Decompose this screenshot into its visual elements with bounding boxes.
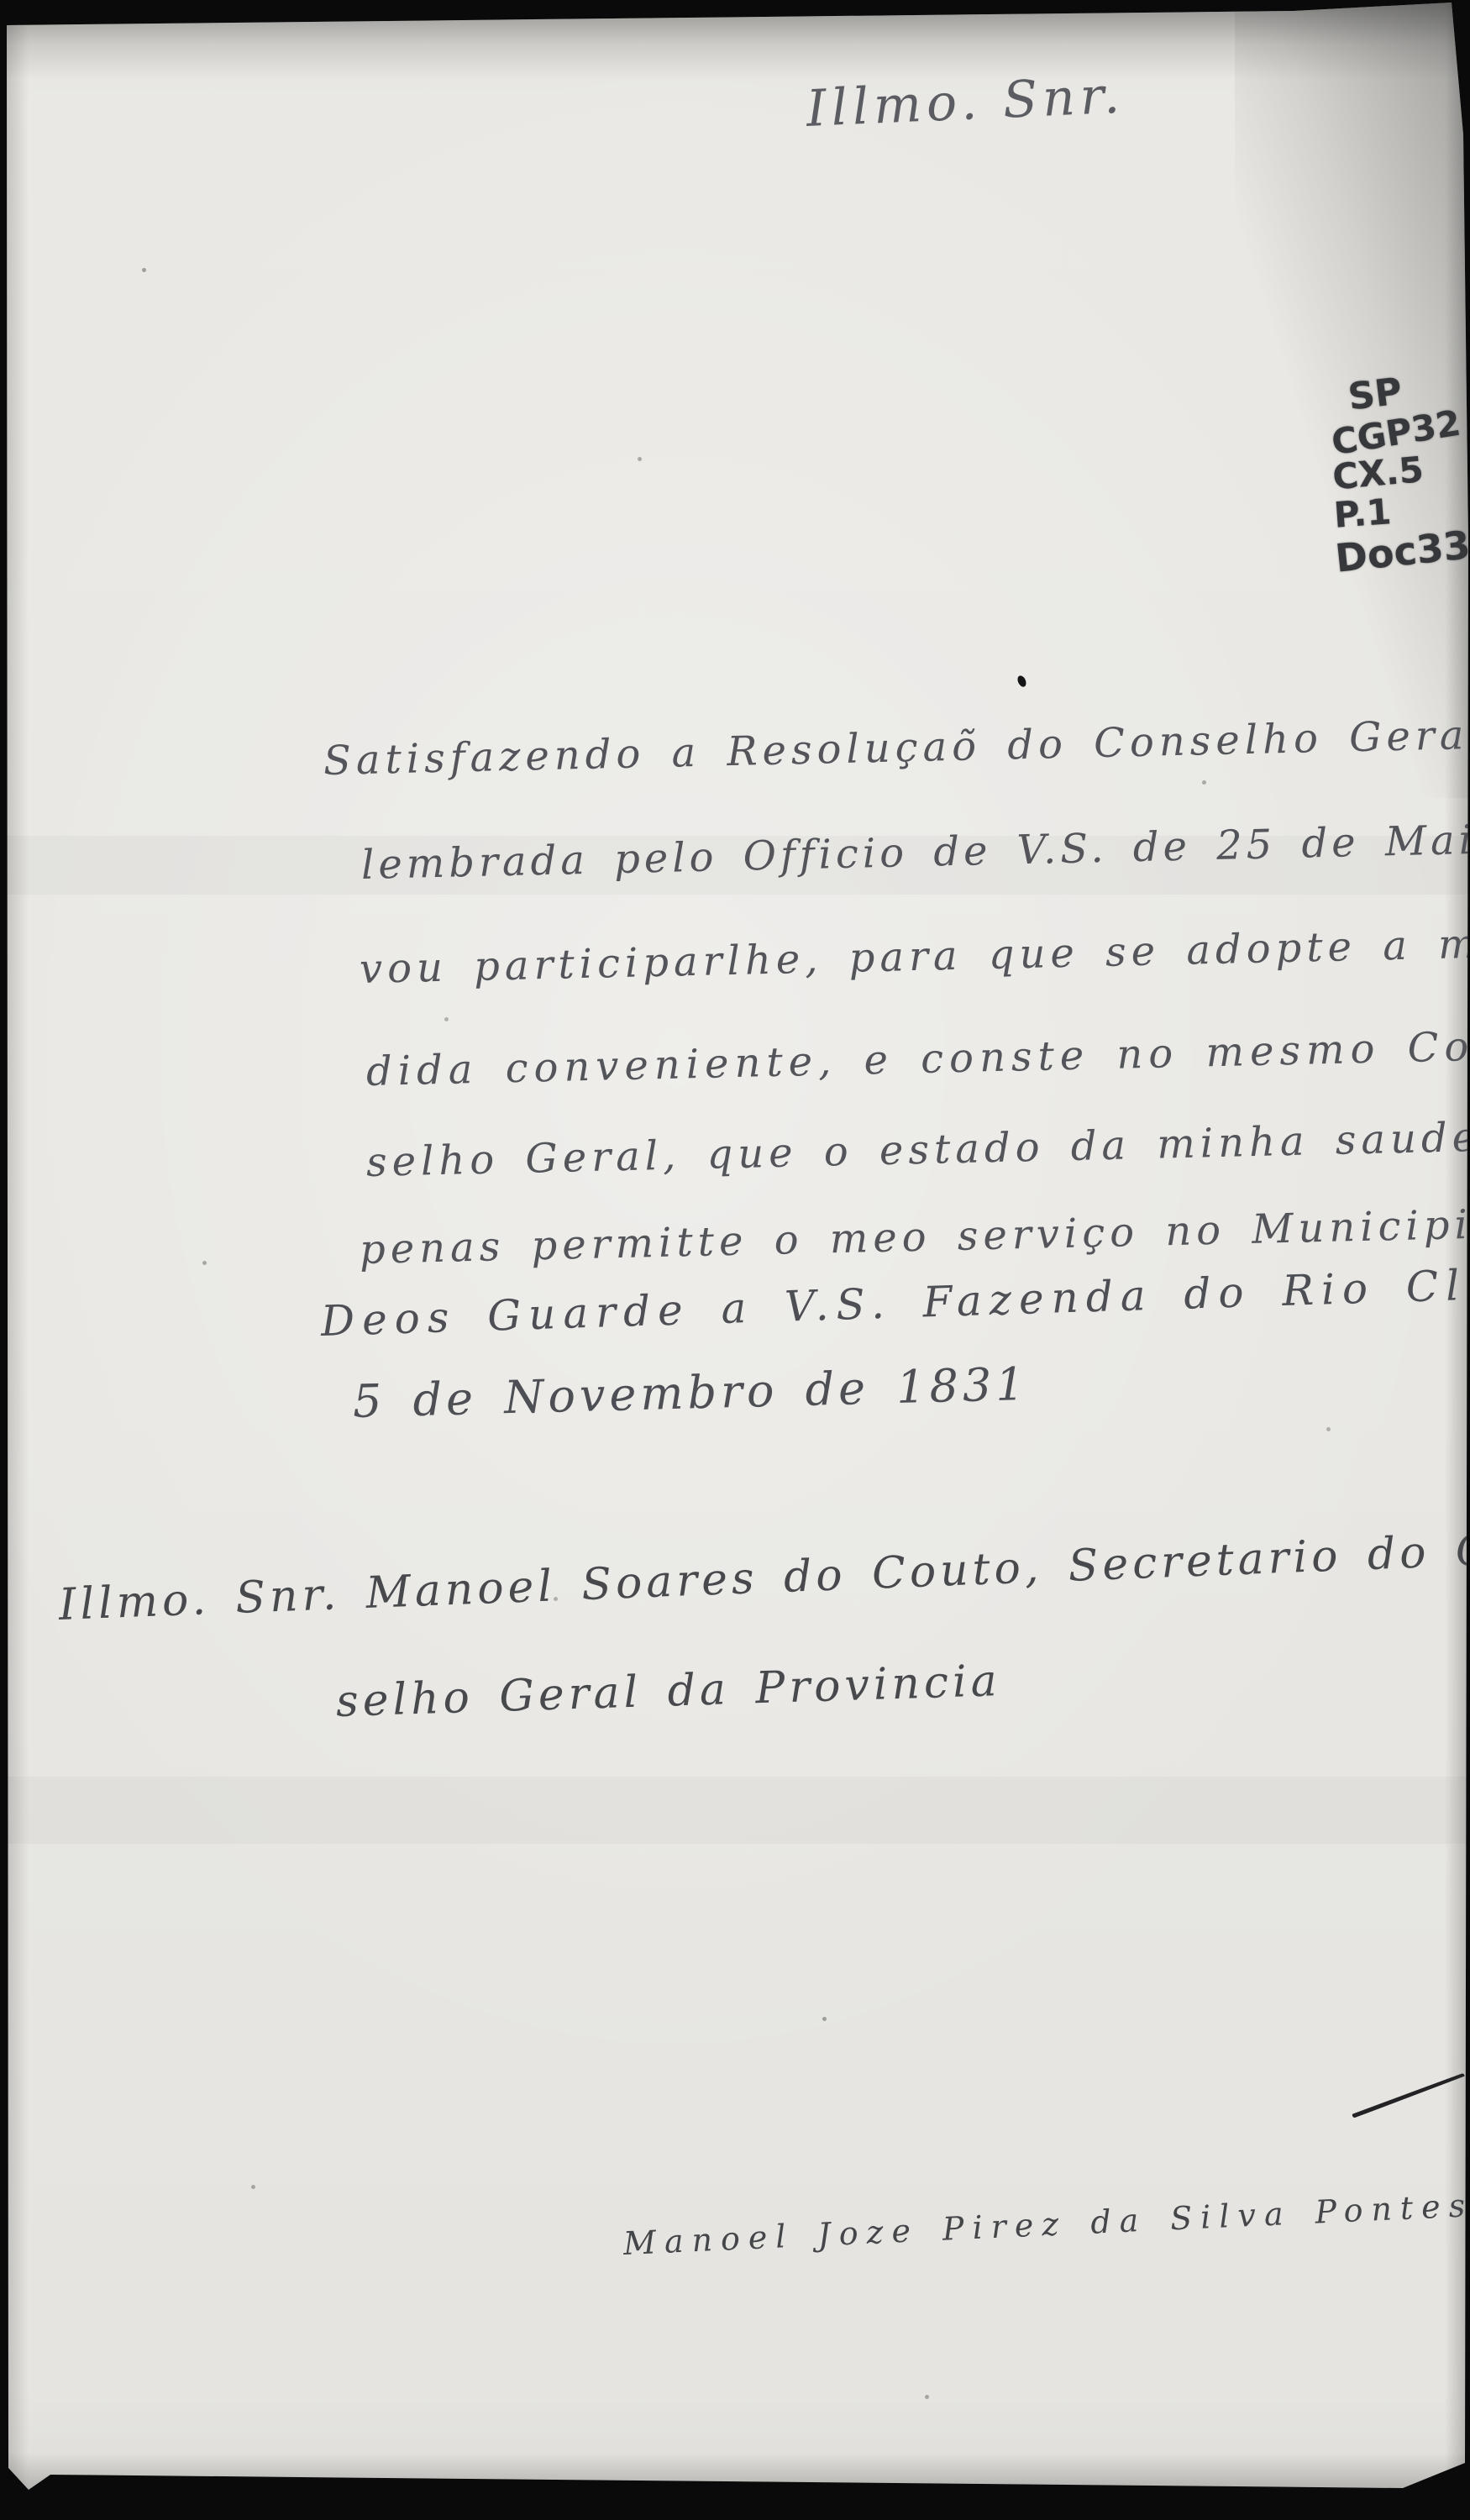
body-line: dida conveniente, e conste no mesmo Con <box>365 1026 1470 1092</box>
body-line: vou participarlhe, para que se adopte a … <box>359 923 1470 990</box>
paper-shading-left <box>0 0 29 2520</box>
paper-shading-top <box>0 0 1470 80</box>
body-line: penas permitte o meo serviço no Municipi… <box>359 1204 1470 1270</box>
archival-stamp: SP CGP32 CX.5 P.1 Doc33 <box>1329 368 1470 576</box>
paper-speckles <box>0 0 3 3</box>
body-line: Satisfazendo a Resoluçaõ do Conselho Ger… <box>323 715 1470 781</box>
date-line: 5 de Novembro de 1831 <box>352 1362 1029 1425</box>
paper-shading-bottom <box>0 2453 1470 2520</box>
scan-background: { "document": { "salutation": "Illmo. Sn… <box>0 0 1470 2520</box>
paper: Illmo. Snr. SP CGP32 CX.5 P.1 Doc33 Sati… <box>0 0 1470 2520</box>
paper-crease-band <box>0 1777 1470 1844</box>
addressee-line: Illmo. Snr. Manoel Soares do Couto, Secr… <box>58 1526 1470 1627</box>
valediction-line: Deos Guarde a V.S. Fazenda do Rio Claro <box>320 1262 1470 1342</box>
body-line: lembrada pelo Officio de V.S. de 25 de M… <box>360 819 1470 885</box>
body-line: selho Geral, que o estado da minha saude… <box>365 1116 1470 1183</box>
ink-flourish-stroke <box>1352 2073 1465 2118</box>
addressee-line: selho Geral da Provincia <box>335 1659 1001 1724</box>
salutation: Illmo. Snr. <box>806 70 1126 134</box>
signature: Manoel Joze Pirez da Silva Pontes <box>622 2189 1470 2260</box>
ink-dot <box>1016 675 1027 688</box>
